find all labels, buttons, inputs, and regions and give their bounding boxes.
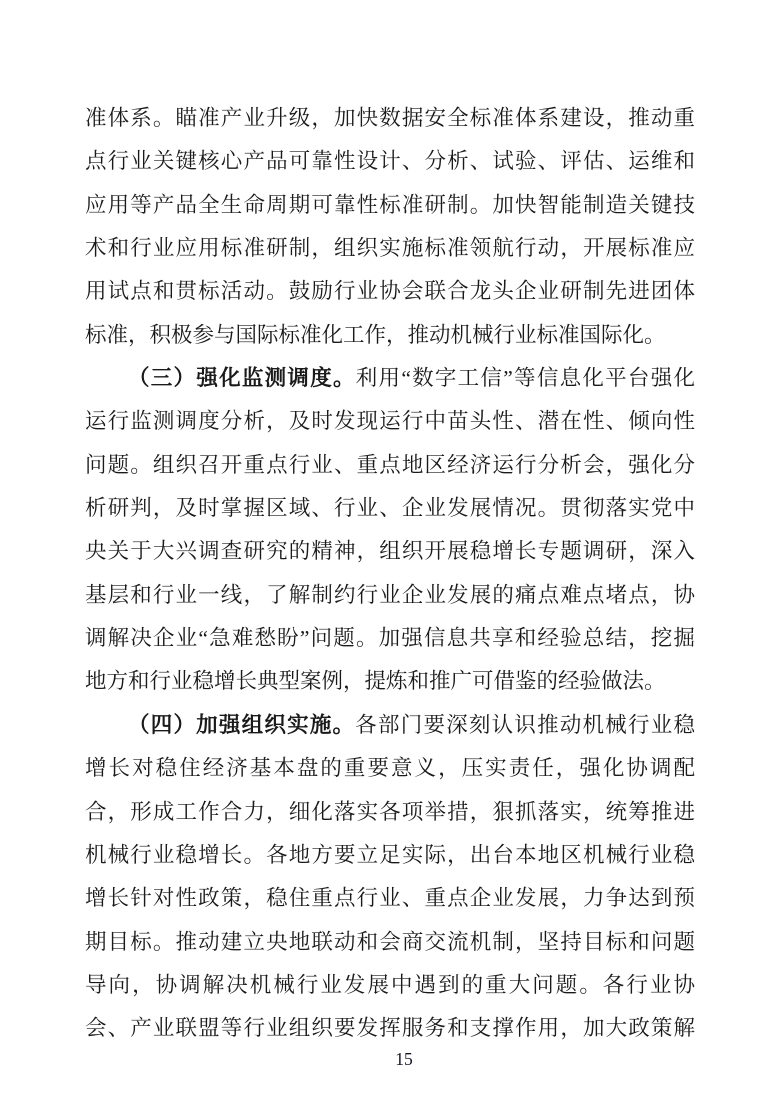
text-line: 机械行业稳增长。各地方要立足实际，出台本地区机械行业稳	[85, 834, 695, 877]
text-segment: 调解决企业“急难愁盼”问题。加强信息共享和经验总结，挖掘	[85, 626, 695, 650]
text-line: 运行监测调度分析，及时发现运行中苗头性、潜在性、倾向性	[85, 400, 695, 443]
text-segment: 问题。组织召开重点行业、重点地区经济运行分析会，强化分	[85, 453, 695, 477]
text-segment: 央关于大兴调查研究的精神，组织开展稳增长专题调研，深入	[85, 539, 695, 563]
text-segment: 点行业关键核心产品可靠性设计、分析、试验、评估、运维和	[85, 149, 695, 173]
document-body: 准体系。瞄准产业升级，加快数据安全标准体系建设，推动重点行业关键核心产品可靠性设…	[85, 97, 695, 1051]
text-segment: 机械行业稳增长。各地方要立足实际，出台本地区机械行业稳	[85, 843, 695, 867]
text-line: 析研判，及时掌握区域、行业、企业发展情况。贯彻落实党中	[85, 487, 695, 530]
text-line: 合，形成工作合力，细化落实各项举措，狠抓落实，统筹推进	[85, 791, 695, 834]
text-segment: 增长针对性政策，稳住重点行业、重点企业发展，力争达到预	[85, 886, 695, 910]
text-segment: 合，形成工作合力，细化落实各项举措，狠抓落实，统筹推进	[85, 800, 695, 824]
text-segment: 基层和行业一线，了解制约行业企业发展的痛点难点堵点，协	[85, 583, 695, 607]
text-segment: 期目标。推动建立央地联动和会商交流机制，坚持目标和问题	[85, 930, 695, 954]
text-segment: 应用等产品全生命周期可靠性标准研制。加快智能制造关键技	[85, 193, 695, 217]
text-line: 术和行业应用标准研制，组织实施标准领航行动，开展标准应	[85, 227, 695, 270]
text-segment: 地方和行业稳增长典型案例，提炼和推广可借鉴的经验做法。	[85, 669, 666, 693]
text-segment: 标准，积极参与国际标准化工作，推动机械行业标准国际化。	[85, 323, 666, 347]
text-line: 增长针对性政策，稳住重点行业、重点企业发展，力争达到预	[85, 877, 695, 920]
text-line: 会、产业联盟等行业组织要发挥服务和支撑作用，加大政策解	[85, 1007, 695, 1050]
text-line: （三）强化监测调度。利用“数字工信”等信息化平台强化	[85, 357, 695, 400]
text-segment: 用试点和贯标活动。鼓励行业协会联合龙头企业研制先进团体	[85, 279, 695, 303]
page-number: 15	[395, 1046, 413, 1072]
text-line: 基层和行业一线，了解制约行业企业发展的痛点难点堵点，协	[85, 574, 695, 617]
text-segment: 会、产业联盟等行业组织要发挥服务和支撑作用，加大政策解	[85, 1016, 695, 1040]
text-segment: 析研判，及时掌握区域、行业、企业发展情况。贯彻落实党中	[85, 496, 695, 520]
paragraph: （四）加强组织实施。各部门要深刻认识推动机械行业稳增长对稳住经济基本盘的重要意义…	[85, 704, 695, 1051]
text-segment: 术和行业应用标准研制，组织实施标准领航行动，开展标准应	[85, 236, 695, 260]
text-line: 点行业关键核心产品可靠性设计、分析、试验、评估、运维和	[85, 140, 695, 183]
text-segment: 增长对稳住经济基本盘的重要意义，压实责任，强化协调配	[85, 756, 695, 780]
section-heading: （三）强化监测调度。	[128, 366, 356, 390]
section-heading: （四）加强组织实施。	[128, 713, 355, 737]
text-line: 问题。组织召开重点行业、重点地区经济运行分析会，强化分	[85, 444, 695, 487]
text-segment: 运行监测调度分析，及时发现运行中苗头性、潜在性、倾向性	[85, 409, 695, 433]
text-line: 央关于大兴调查研究的精神，组织开展稳增长专题调研，深入	[85, 530, 695, 573]
text-line: 地方和行业稳增长典型案例，提炼和推广可借鉴的经验做法。	[85, 660, 695, 703]
text-segment: 利用“数字工信”等信息化平台强化	[356, 366, 695, 390]
text-line: 用试点和贯标活动。鼓励行业协会联合龙头企业研制先进团体	[85, 270, 695, 313]
document-page: 准体系。瞄准产业升级，加快数据安全标准体系建设，推动重点行业关键核心产品可靠性设…	[0, 0, 780, 1114]
text-line: 准体系。瞄准产业升级，加快数据安全标准体系建设，推动重	[85, 97, 695, 140]
paragraph: （三）强化监测调度。利用“数字工信”等信息化平台强化运行监测调度分析，及时发现运…	[85, 357, 695, 704]
text-line: 标准，积极参与国际标准化工作，推动机械行业标准国际化。	[85, 314, 695, 357]
text-line: （四）加强组织实施。各部门要深刻认识推动机械行业稳	[85, 704, 695, 747]
text-line: 导向，协调解决机械行业发展中遇到的重大问题。各行业协	[85, 964, 695, 1007]
page-footer: 15	[0, 1046, 780, 1072]
text-line: 期目标。推动建立央地联动和会商交流机制，坚持目标和问题	[85, 921, 695, 964]
text-segment: 准体系。瞄准产业升级，加快数据安全标准体系建设，推动重	[85, 106, 695, 130]
text-line: 增长对稳住经济基本盘的重要意义，压实责任，强化协调配	[85, 747, 695, 790]
text-line: 应用等产品全生命周期可靠性标准研制。加快智能制造关键技	[85, 184, 695, 227]
text-segment: 导向，协调解决机械行业发展中遇到的重大问题。各行业协	[85, 973, 695, 997]
text-segment: 各部门要深刻认识推动机械行业稳	[355, 713, 695, 737]
text-line: 调解决企业“急难愁盼”问题。加强信息共享和经验总结，挖掘	[85, 617, 695, 660]
paragraph: 准体系。瞄准产业升级，加快数据安全标准体系建设，推动重点行业关键核心产品可靠性设…	[85, 97, 695, 357]
